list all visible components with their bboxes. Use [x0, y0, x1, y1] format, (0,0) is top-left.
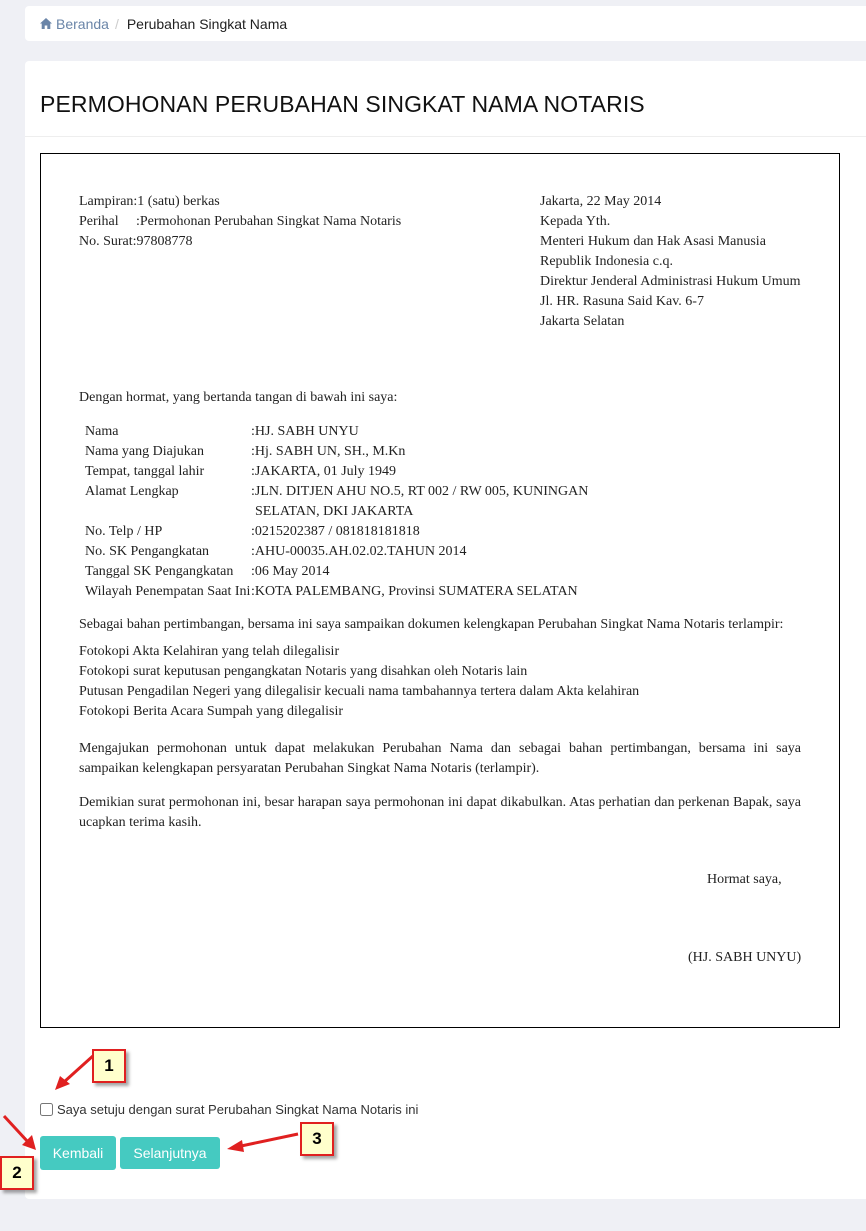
no-surat: No. Surat:97808778 [79, 232, 401, 252]
identity-value: :Hj. SABH UN, SH., M.Kn [251, 442, 588, 462]
identity-row: Nama:HJ. SABH UNYU [85, 422, 588, 442]
identity-label: Nama yang Diajukan [85, 442, 251, 462]
recipient-line: Jakarta Selatan [540, 312, 801, 332]
recipient-line: Republik Indonesia c.q. [540, 252, 801, 272]
identity-row: Tanggal SK Pengangkatan:06 May 2014 [85, 562, 588, 582]
annotation-callout-3: 3 [300, 1122, 334, 1156]
agree-label: Saya setuju dengan surat Perubahan Singk… [57, 1102, 418, 1117]
perihal-label: Perihal [79, 212, 136, 232]
letter-paragraph-request: Mengajukan permohonan untuk dapat melaku… [79, 739, 801, 779]
breadcrumb-home-link[interactable]: Beranda [40, 16, 109, 32]
identity-value: :0215202387 / 081818181818 [251, 522, 588, 542]
identity-label: Tanggal SK Pengangkatan [85, 562, 251, 582]
identity-value: :KOTA PALEMBANG, Provinsi SUMATERA SELAT… [251, 582, 588, 602]
attachment-item: Fotokopi surat keputusan pengangkatan No… [79, 662, 639, 682]
agree-row[interactable]: Saya setuju dengan surat Perubahan Singk… [40, 1102, 418, 1117]
identity-row: Tempat, tanggal lahir:JAKARTA, 01 July 1… [85, 462, 588, 482]
agree-checkbox[interactable] [40, 1103, 53, 1116]
letter-header-right: Jakarta, 22 May 2014 Kepada Yth. Menteri… [540, 192, 801, 332]
identity-value: :HJ. SABH UNYU [251, 422, 588, 442]
page-title: PERMOHONAN PERUBAHAN SINGKAT NAMA NOTARI… [40, 91, 645, 118]
letter-closing: Hormat saya, [707, 870, 782, 890]
breadcrumb-home-label: Beranda [56, 16, 109, 32]
identity-label: Alamat Lengkap [85, 482, 251, 522]
attachments-list: Fotokopi Akta Kelahiran yang telah dileg… [79, 642, 639, 722]
identity-row: No. Telp / HP:0215202387 / 081818181818 [85, 522, 588, 542]
letter-paragraph-closing: Demikian surat permohonan ini, besar har… [79, 793, 801, 833]
identity-row: Nama yang Diajukan:Hj. SABH UN, SH., M.K… [85, 442, 588, 462]
back-button[interactable]: Kembali [40, 1136, 116, 1170]
identity-label: Wilayah Penempatan Saat Ini [85, 582, 251, 602]
perihal-value: :Permohonan Perubahan Singkat Nama Notar… [136, 214, 401, 229]
recipient-line: Kepada Yth. [540, 212, 801, 232]
identity-value: :JLN. DITJEN AHU NO.5, RT 002 / RW 005, … [251, 482, 588, 522]
breadcrumb: Beranda / Perubahan Singkat Nama [25, 6, 866, 41]
annotation-callout-1: 1 [92, 1049, 126, 1083]
letter-preview: Lampiran:1 (satu) berkas Perihal:Permoho… [40, 153, 840, 1028]
home-icon [40, 18, 52, 29]
identity-label: No. SK Pengangkatan [85, 542, 251, 562]
identity-row: Wilayah Penempatan Saat Ini:KOTA PALEMBA… [85, 582, 588, 602]
identity-label: Tempat, tanggal lahir [85, 462, 251, 482]
recipient-line: Jl. HR. Rasuna Said Kav. 6-7 [540, 292, 801, 312]
identity-row: No. SK Pengangkatan:AHU-00035.AH.02.02.T… [85, 542, 588, 562]
address-line-1: :JLN. DITJEN AHU NO.5, RT 002 / RW 005, … [251, 482, 588, 502]
identity-value: :AHU-00035.AH.02.02.TAHUN 2014 [251, 542, 588, 562]
perihal: Perihal:Permohonan Perubahan Singkat Nam… [79, 212, 401, 232]
recipient-line: Menteri Hukum dan Hak Asasi Manusia [540, 232, 801, 252]
identity-label: Nama [85, 422, 251, 442]
identity-value: :JAKARTA, 01 July 1949 [251, 462, 588, 482]
annotation-arrow-2 [0, 1112, 40, 1152]
identity-label: No. Telp / HP [85, 522, 251, 542]
identity-row: Alamat Lengkap:JLN. DITJEN AHU NO.5, RT … [85, 482, 588, 522]
attachment-item: Fotokopi Berita Acara Sumpah yang dilega… [79, 702, 639, 722]
letter-header-left: Lampiran:1 (satu) berkas Perihal:Permoho… [79, 192, 401, 252]
signature-name: (HJ. SABH UNYU) [688, 948, 801, 968]
main-panel: PERMOHONAN PERUBAHAN SINGKAT NAMA NOTARI… [25, 61, 866, 1199]
attachment-item: Putusan Pengadilan Negeri yang dilegalis… [79, 682, 639, 702]
breadcrumb-current: Perubahan Singkat Nama [127, 16, 287, 32]
letter-date: Jakarta, 22 May 2014 [540, 192, 801, 212]
next-button[interactable]: Selanjutnya [120, 1137, 220, 1169]
attachments-intro: Sebagai bahan pertimbangan, bersama ini … [79, 615, 783, 635]
lampiran: Lampiran:1 (satu) berkas [79, 192, 401, 212]
attachment-item: Fotokopi Akta Kelahiran yang telah dileg… [79, 642, 639, 662]
address-line-2: SELATAN, DKI JAKARTA [251, 502, 588, 522]
recipient-line: Direktur Jenderal Administrasi Hukum Umu… [540, 272, 801, 292]
breadcrumb-separator: / [115, 16, 119, 32]
letter-greeting: Dengan hormat, yang bertanda tangan di b… [79, 388, 397, 408]
page-header: PERMOHONAN PERUBAHAN SINGKAT NAMA NOTARI… [25, 61, 866, 137]
identity-value: :06 May 2014 [251, 562, 588, 582]
identity-table: Nama:HJ. SABH UNYU Nama yang Diajukan:Hj… [85, 422, 588, 602]
annotation-callout-2: 2 [0, 1156, 34, 1190]
annotation-arrow-3 [225, 1130, 300, 1155]
